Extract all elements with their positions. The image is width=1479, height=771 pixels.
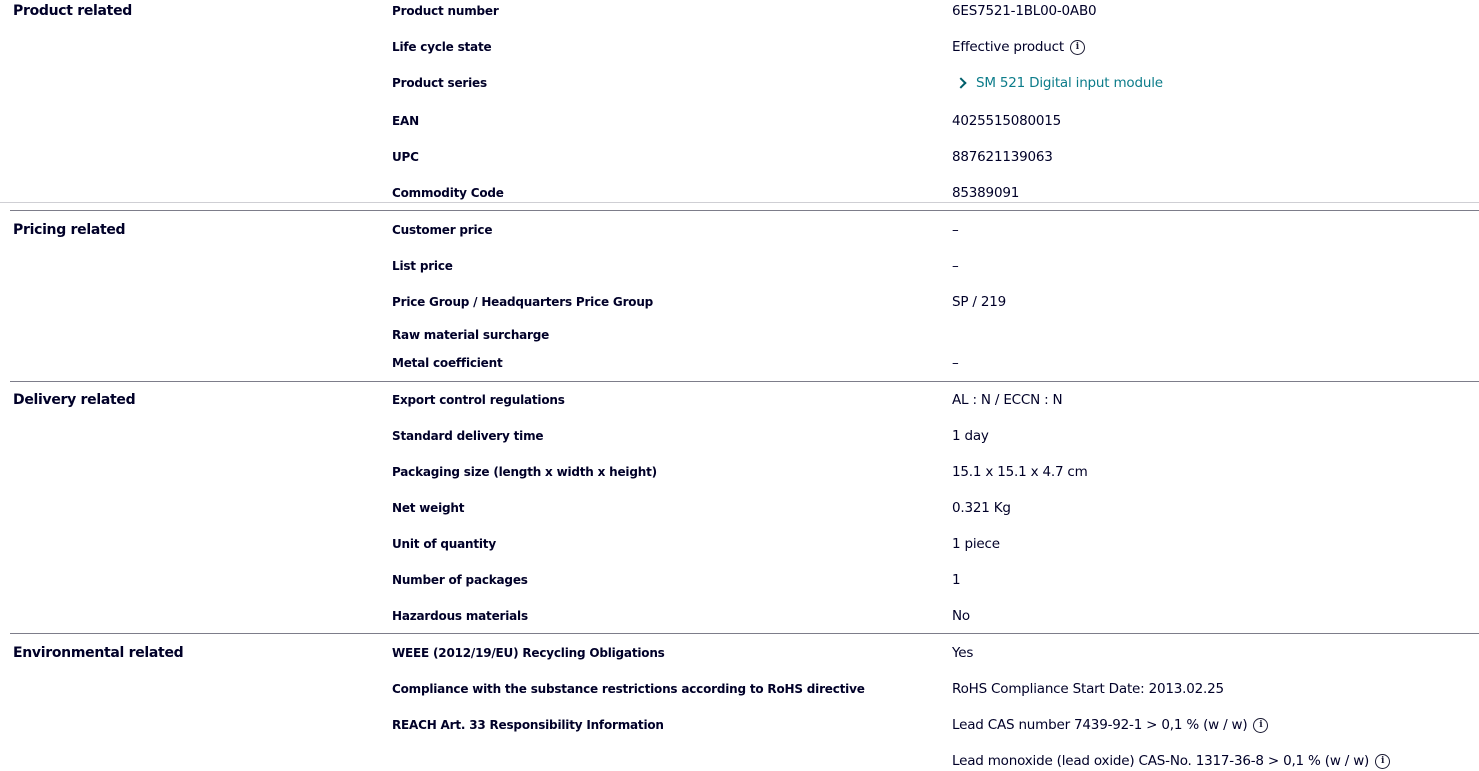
section-divider: [10, 210, 1479, 211]
row-label: List price: [392, 259, 453, 273]
row-label: Commodity Code: [392, 186, 504, 200]
row-label: Life cycle state: [392, 40, 491, 54]
row-rohs: Compliance with the substance restrictio…: [0, 681, 1479, 701]
divider: [0, 202, 1479, 203]
row-label: Net weight: [392, 501, 464, 515]
row-value: 887621139063: [952, 149, 1053, 165]
row-label: Export control regulations: [392, 393, 565, 407]
row-life-cycle-state: Life cycle state Effective product i: [0, 39, 1479, 59]
value-text: 887621139063: [952, 149, 1053, 165]
row-value: Yes: [952, 645, 973, 661]
section-divider: [10, 633, 1479, 634]
row-number-of-packages: Number of packages 1: [0, 572, 1479, 592]
row-value: 15.1 x 15.1 x 4.7 cm: [952, 464, 1088, 480]
row-label: Standard delivery time: [392, 429, 543, 443]
row-value: –: [952, 355, 959, 371]
row-ean: EAN 4025515080015: [0, 113, 1479, 133]
value-text: –: [952, 258, 959, 274]
row-product-series: Product series SM 521 Digital input modu…: [0, 75, 1479, 95]
info-circle-icon[interactable]: i: [1253, 718, 1268, 733]
row-value: Lead monoxide (lead oxide) CAS-No. 1317-…: [952, 753, 1390, 769]
value-text: 6ES7521-1BL00-0AB0: [952, 3, 1096, 19]
info-circle-icon[interactable]: i: [1070, 40, 1085, 55]
row-reach: REACH Art. 33 Responsibility Information…: [0, 717, 1479, 737]
row-value: Effective product i: [952, 39, 1085, 55]
link-text: SM 521 Digital input module: [976, 75, 1163, 91]
value-text: RoHS Compliance Start Date: 2013.02.25: [952, 681, 1224, 697]
row-label: Unit of quantity: [392, 537, 496, 551]
row-list-price: List price –: [0, 258, 1479, 278]
row-label: UPC: [392, 150, 419, 164]
value-text: 85389091: [952, 185, 1019, 201]
row-price-group: Price Group / Headquarters Price Group S…: [0, 294, 1479, 314]
row-label: WEEE (2012/19/EU) Recycling Obligations: [392, 646, 665, 660]
row-label: Hazardous materials: [392, 609, 528, 623]
row-value: 0.321 Kg: [952, 500, 1011, 516]
row-label: Metal coefficient: [392, 356, 503, 370]
row-value: 4025515080015: [952, 113, 1061, 129]
row-label: Packaging size (length x width x height): [392, 465, 657, 479]
value-text: Lead monoxide (lead oxide) CAS-No. 1317-…: [952, 753, 1369, 769]
value-text: 1 day: [952, 428, 989, 444]
row-label: Product series: [392, 76, 487, 90]
row-value: 1 piece: [952, 536, 1000, 552]
value-text: Lead CAS number 7439-92-1 > 0,1 % (w / w…: [952, 717, 1247, 733]
row-value: 85389091: [952, 185, 1019, 201]
row-customer-price: Customer price –: [0, 222, 1479, 242]
value-text: 1: [952, 572, 960, 588]
row-hazardous-materials: Hazardous materials No: [0, 608, 1479, 628]
row-standard-delivery-time: Standard delivery time 1 day: [0, 428, 1479, 448]
row-label: Compliance with the substance restrictio…: [392, 682, 865, 696]
row-label: EAN: [392, 114, 419, 128]
row-value: AL : N / ECCN : N: [952, 392, 1062, 408]
section-divider: [10, 381, 1479, 382]
value-text: –: [952, 355, 959, 371]
row-label: Customer price: [392, 223, 492, 237]
row-reach-continued: Lead monoxide (lead oxide) CAS-No. 1317-…: [0, 753, 1479, 771]
info-circle-icon[interactable]: i: [1375, 754, 1390, 769]
value-text: No: [952, 608, 970, 624]
row-value: 6ES7521-1BL00-0AB0: [952, 3, 1096, 19]
row-value: SP / 219: [952, 294, 1006, 310]
row-value: –: [952, 258, 959, 274]
row-metal-coefficient: Metal coefficient –: [0, 355, 1479, 375]
row-value: Lead CAS number 7439-92-1 > 0,1 % (w / w…: [952, 717, 1268, 733]
value-text: 1 piece: [952, 536, 1000, 552]
value-text: 15.1 x 15.1 x 4.7 cm: [952, 464, 1088, 480]
row-value: No: [952, 608, 970, 624]
row-upc: UPC 887621139063: [0, 149, 1479, 169]
row-label: Number of packages: [392, 573, 528, 587]
value-text: SP / 219: [952, 294, 1006, 310]
row-label: Price Group / Headquarters Price Group: [392, 295, 653, 309]
row-label: REACH Art. 33 Responsibility Information: [392, 718, 664, 732]
row-packaging-size: Packaging size (length x width x height)…: [0, 464, 1479, 484]
row-export-control: Export control regulations AL : N / ECCN…: [0, 392, 1479, 412]
row-label: Product number: [392, 4, 499, 18]
value-text: AL : N / ECCN : N: [952, 392, 1062, 408]
row-unit-of-quantity: Unit of quantity 1 piece: [0, 536, 1479, 556]
value-text: –: [952, 222, 959, 238]
row-net-weight: Net weight 0.321 Kg: [0, 500, 1479, 520]
row-value: 1: [952, 572, 960, 588]
row-value: 1 day: [952, 428, 989, 444]
row-product-number: Product number 6ES7521-1BL00-0AB0: [0, 3, 1479, 23]
value-text: 4025515080015: [952, 113, 1061, 129]
chevron-right-icon: [955, 77, 966, 88]
row-value: –: [952, 222, 959, 238]
value-text: Yes: [952, 645, 973, 661]
row-value: RoHS Compliance Start Date: 2013.02.25: [952, 681, 1224, 697]
value-text: 0.321 Kg: [952, 500, 1011, 516]
row-raw-material-surcharge: Raw material surcharge: [0, 327, 1479, 347]
row-weee: WEEE (2012/19/EU) Recycling Obligations …: [0, 645, 1479, 665]
row-label: Raw material surcharge: [392, 328, 549, 342]
value-text: Effective product: [952, 39, 1064, 55]
product-series-link[interactable]: SM 521 Digital input module: [952, 75, 1163, 91]
